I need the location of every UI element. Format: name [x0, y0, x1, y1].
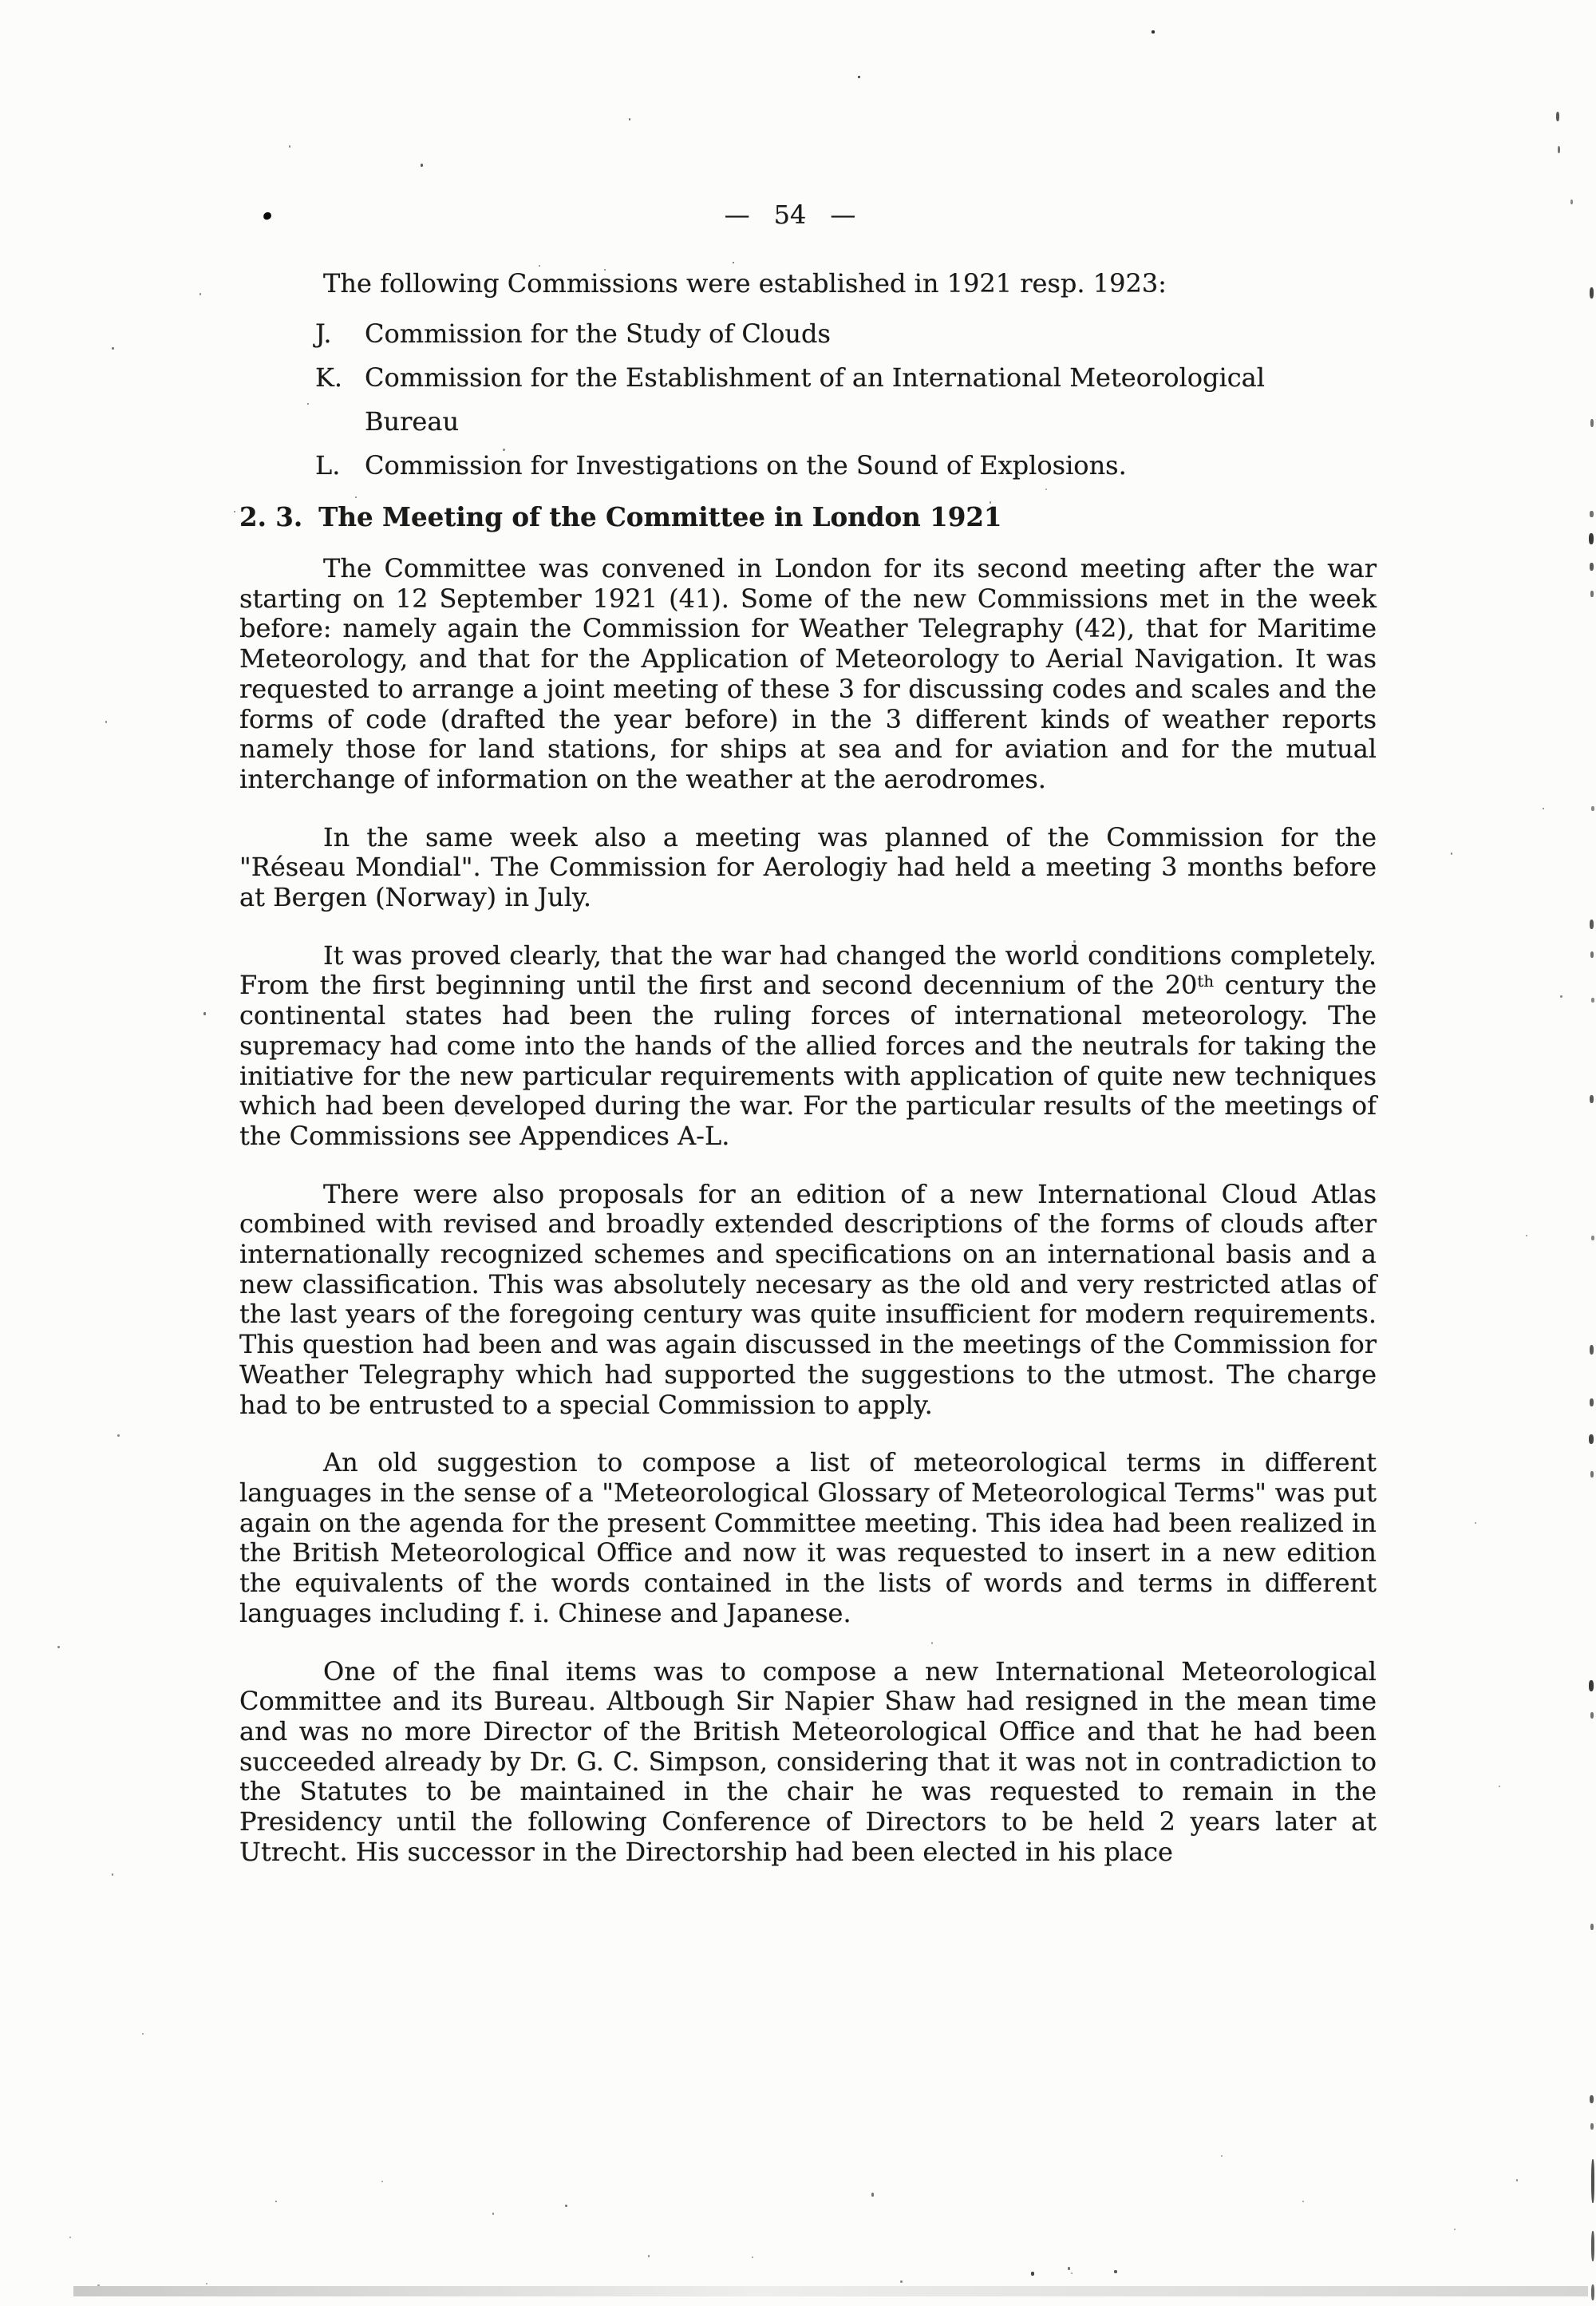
scan-speckle — [1591, 806, 1594, 811]
section-heading: 2. 3.The Meeting of the Committee in Lon… — [239, 501, 1377, 532]
scan-speckle — [421, 164, 423, 167]
body-paragraph-1: The Committee was convened in London for… — [239, 554, 1377, 795]
scanned-page: { "page_header": { "dash_left": "—", "pa… — [0, 0, 1596, 2306]
scan-speckle — [1560, 995, 1562, 998]
scan-speckle — [782, 604, 784, 606]
scan-speckle — [1475, 1522, 1476, 1524]
scan-speckle — [900, 2280, 903, 2283]
page-number-dash-right: — — [830, 200, 855, 230]
scan-speckle — [1071, 2272, 1073, 2274]
scan-speckle — [203, 1012, 206, 1015]
commission-text-l: Commission for Investigations on the Sou… — [365, 444, 1389, 488]
scan-speckle — [277, 635, 279, 638]
scan-speckle — [1590, 2095, 1594, 2103]
body-paragraph-4: There were also proposals for an edition… — [239, 1180, 1377, 1421]
body-paragraph-2: In the same week also a meeting was plan… — [239, 823, 1377, 913]
scan-speckle — [345, 709, 346, 711]
scan-speckle — [1590, 419, 1594, 427]
scan-speckle — [355, 496, 357, 498]
scan-speckle — [1589, 533, 1594, 544]
scan-speckle — [281, 1111, 283, 1113]
page-number: — 54 — — [239, 200, 1341, 230]
scan-speckle — [1590, 591, 1594, 597]
section-number: 2. 3. — [239, 501, 302, 532]
commission-list-item-l: L. Commission for Investigations on the … — [315, 444, 1389, 488]
scan-speckle — [1499, 1786, 1500, 1787]
scan-speckle — [1590, 951, 1594, 958]
scan-speckle — [112, 347, 114, 350]
scan-speckle — [358, 1248, 359, 1249]
scan-speckle — [1590, 563, 1594, 571]
scan-speckle — [752, 2257, 753, 2258]
body-paragraph-3: It was proved clearly, that the war had … — [239, 941, 1377, 1152]
scan-speckle — [871, 2193, 874, 2197]
commission-letter-k: K. — [315, 356, 365, 444]
scan-speckle — [1590, 920, 1594, 929]
scan-speckle — [1590, 1924, 1594, 1930]
section-title: The Meeting of the Committee in London 1… — [318, 501, 1001, 532]
scan-speckle — [112, 1873, 113, 1876]
commission-text-k-line2: Bureau — [365, 400, 1389, 444]
commission-list-item-j: J. Commission for the Study of Clouds — [315, 312, 1389, 356]
scan-streak-bottom — [73, 2286, 1588, 2296]
scan-speckle — [990, 501, 991, 504]
scan-speckle — [1129, 1083, 1131, 1085]
scan-speckle — [1590, 511, 1594, 517]
scan-speckle — [1590, 1345, 1594, 1355]
scan-speckle — [234, 511, 235, 512]
scan-speckle — [1591, 998, 1594, 1003]
scan-speckle — [1221, 2155, 1223, 2157]
scan-speckle — [693, 1814, 694, 1815]
scan-speckle — [748, 1235, 749, 1236]
scan-speckle — [1526, 1235, 1527, 1236]
commission-letter-j: J. — [315, 312, 365, 356]
scan-speckle — [1590, 1712, 1594, 1719]
scan-speckle — [503, 449, 505, 451]
scan-speckle — [1589, 1680, 1594, 1691]
scan-speckle — [1045, 488, 1047, 490]
scan-speckle — [1454, 2229, 1456, 2230]
scan-speckle — [828, 1718, 829, 1719]
intro-line: The following Commissions were establish… — [323, 268, 1385, 299]
paragraph-3-text-a: It was proved clearly, that the war had … — [239, 940, 1377, 1001]
scan-speckle — [1114, 2270, 1117, 2273]
scan-speckle — [1590, 1471, 1594, 1477]
scan-speckle — [733, 262, 734, 263]
page-number-value: 54 — [774, 200, 807, 230]
commission-text-k-line1: Commission for the Establishment of an I… — [365, 362, 1265, 393]
scan-speckle — [1590, 1095, 1594, 1103]
scan-speckle — [1591, 2159, 1594, 2203]
scan-speckle — [1591, 1236, 1594, 1240]
scan-speckle — [1302, 2201, 1304, 2202]
scan-speckle — [1516, 2179, 1518, 2181]
scan-speckle — [69, 2237, 71, 2238]
scan-speckle — [931, 1642, 933, 1644]
scan-speckle — [629, 118, 630, 121]
scan-speckle — [1031, 2272, 1034, 2276]
page-number-dash-left: — — [725, 200, 750, 230]
scan-speckle — [1591, 2231, 1594, 2261]
scan-speckle — [1570, 200, 1573, 204]
scan-speckle — [604, 269, 606, 271]
scan-speckle — [1589, 1434, 1594, 1444]
body-text: The Committee was convened in London for… — [239, 554, 1377, 1895]
commission-text-j: Commission for the Study of Clouds — [365, 312, 1389, 356]
scan-speckle — [565, 2205, 567, 2207]
scan-speckle — [858, 76, 860, 78]
scan-speckle — [199, 293, 201, 295]
scan-speckle — [539, 265, 540, 267]
scan-speckle — [117, 1434, 120, 1437]
scan-speckle — [465, 1115, 467, 1117]
body-paragraph-6: One of the final items was to compose a … — [239, 1657, 1377, 1868]
scan-speckle — [648, 2255, 650, 2257]
commission-list-item-k: K. Commission for the Establishment of a… — [315, 356, 1389, 444]
scan-speckle — [1451, 852, 1452, 855]
commission-text-k: Commission for the Establishment of an I… — [365, 356, 1389, 444]
commission-list: J. Commission for the Study of Clouds K.… — [315, 312, 1389, 488]
body-paragraph-5: An old suggestion to compose a list of m… — [239, 1448, 1377, 1628]
scan-speckle — [1590, 2123, 1594, 2130]
scan-speckle — [1590, 287, 1594, 299]
scan-speckle — [1152, 30, 1155, 34]
commission-letter-l: L. — [315, 444, 365, 488]
scan-speckle — [206, 2283, 207, 2284]
scan-speckle — [289, 145, 290, 148]
scan-speckle — [1591, 2284, 1594, 2300]
scan-speckle — [1073, 940, 1076, 943]
scan-speckle — [275, 2201, 277, 2202]
scan-speckle — [492, 2213, 494, 2215]
scan-speckle — [1543, 808, 1544, 809]
scan-speckle — [1590, 1398, 1594, 1406]
scan-speckle — [57, 1646, 60, 1648]
scan-speckle — [381, 2181, 383, 2182]
scan-speckle — [105, 721, 107, 723]
paragraph-3-superscript: th — [1197, 973, 1214, 991]
scan-speckle — [1068, 2267, 1070, 2270]
scan-speckle — [1558, 146, 1560, 153]
scan-speckle — [1556, 112, 1559, 121]
scan-speckle — [142, 2033, 144, 2035]
scan-speckle — [307, 403, 309, 405]
